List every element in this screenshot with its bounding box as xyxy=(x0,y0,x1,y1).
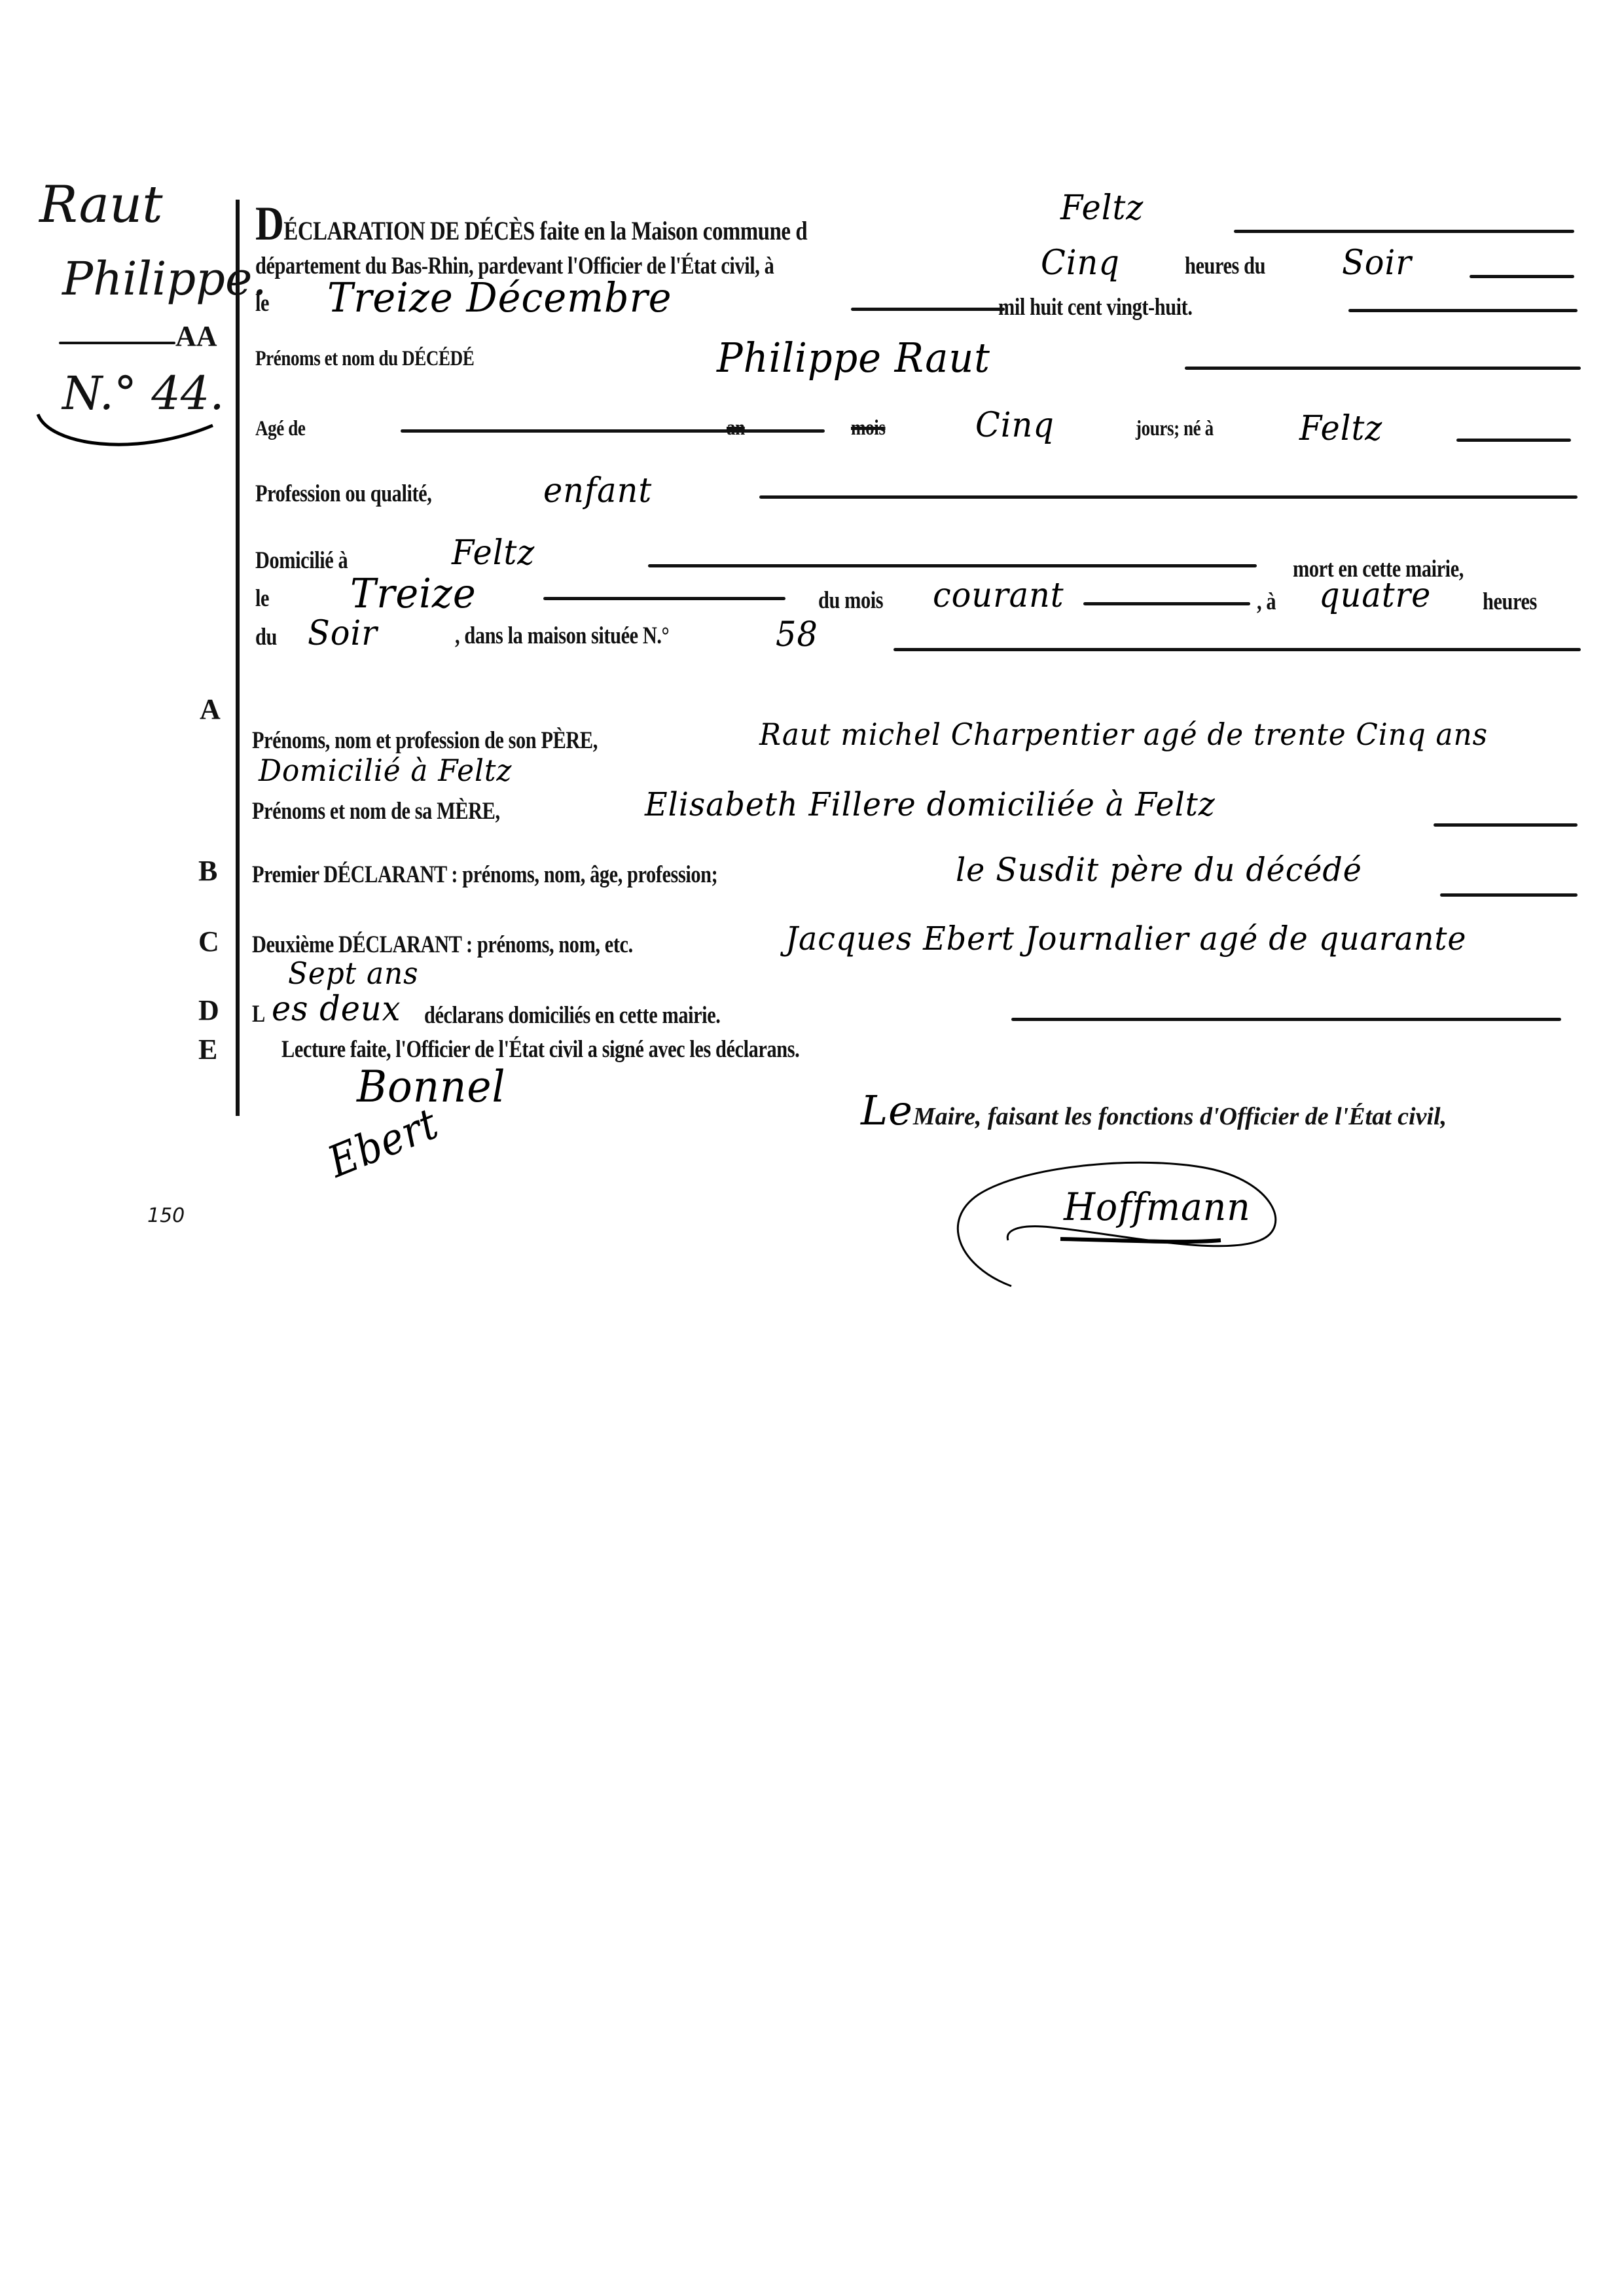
margin-number-bracket xyxy=(36,412,219,465)
month-label: du mois xyxy=(818,586,883,615)
signature-mayor: Hoffmann xyxy=(1064,1185,1251,1229)
domicile-label: Domicilié à xyxy=(255,547,348,575)
mother-value: Elisabeth Fillere domiciliée à Feltz xyxy=(645,785,1216,823)
section-letter-b: B xyxy=(198,854,217,888)
first-declarant-fill-line xyxy=(1440,893,1578,897)
section-letter-d: D xyxy=(198,994,219,1027)
first-declarant-value: le Susdit père du décédé xyxy=(956,851,1362,889)
death-hour-suffix: heures xyxy=(1483,588,1537,616)
year-fill-line xyxy=(1348,309,1578,312)
domicile-value: Feltz xyxy=(452,533,535,573)
margin-code: AA xyxy=(175,319,217,353)
declaration-date: Treize Décembre xyxy=(327,274,672,321)
mayor-statement: LeMaire, faisant les fonctions d'Officie… xyxy=(861,1086,1447,1134)
profession-value: enfant xyxy=(543,471,652,511)
year-text: mil huit cent vingt-huit. xyxy=(998,293,1193,321)
death-day-fill-line xyxy=(543,597,785,600)
margin-surname: Raut xyxy=(39,175,163,234)
title-initial: D xyxy=(255,197,283,251)
domicile-statement-suffix: déclarans domiciliés en cette mairie. xyxy=(424,1001,720,1030)
commune-fill-line xyxy=(1234,230,1574,233)
title-suffix: faite en la Maison commune d xyxy=(540,216,808,245)
death-time-of-day-value: Soir xyxy=(308,614,378,653)
age-unit-an: an xyxy=(727,416,745,440)
mayor-text: Maire, faisant les fonctions d'Officier … xyxy=(913,1103,1447,1130)
deceased-name-label: Prénoms et nom du DÉCÉDÉ xyxy=(255,347,474,371)
signature-declarant-1: Bonnel xyxy=(357,1062,505,1112)
margin-divider xyxy=(59,342,175,344)
father-label: Prénoms, nom et profession de son PÈRE, xyxy=(252,726,598,755)
month-value: courant xyxy=(933,576,1064,615)
born-label: jours; né à xyxy=(1136,417,1214,441)
domicile-statement-handwritten: es deux xyxy=(272,990,401,1029)
section-letter-a: A xyxy=(200,692,221,726)
domicile-statement-fill-line xyxy=(1011,1018,1561,1021)
death-time-prefix: du xyxy=(255,623,277,651)
time-fill-line xyxy=(1470,275,1574,278)
death-hour-prefix: , à xyxy=(1257,588,1276,616)
hours-label: heures du xyxy=(1185,252,1265,280)
mother-fill-line xyxy=(1434,823,1578,827)
page-number: 150 xyxy=(147,1204,185,1227)
reading-statement: Lecture faite, l'Officier de l'État civi… xyxy=(281,1035,799,1064)
birthplace-value: Feltz xyxy=(1299,409,1382,448)
age-label: Agé de xyxy=(255,417,305,441)
month-fill-line xyxy=(1083,602,1250,605)
house-fill-line xyxy=(893,648,1581,651)
birthplace-fill-line xyxy=(1456,439,1571,442)
father-value-line2: Domicilié à Feltz xyxy=(259,753,512,788)
form-title: DÉCLARATION DE DÉCÈS faite en la Maison … xyxy=(255,196,807,252)
profession-label: Profession ou qualité, xyxy=(255,480,431,508)
deceased-name: Philippe Raut xyxy=(717,334,990,382)
mayor-initial: Le xyxy=(861,1086,913,1134)
title-main: ÉCLARATION DE DÉCÈS xyxy=(283,216,534,245)
second-declarant-value-line2: Sept ans xyxy=(288,956,418,991)
margin-vertical-rule xyxy=(236,200,240,1116)
second-declarant-label: Deuxième DÉCLARANT : prénoms, nom, etc. xyxy=(252,931,633,959)
commune-value: Feltz xyxy=(1060,188,1144,228)
deceased-name-fill-line xyxy=(1185,367,1581,370)
declaration-hour: Cinq xyxy=(1041,243,1120,283)
age-unit-mois: mois xyxy=(851,416,885,440)
second-declarant-value-line1: Jacques Ebert Journalier agé de quarante xyxy=(785,920,1466,958)
section-letter-e: E xyxy=(198,1033,217,1066)
father-value-line1: Raut michel Charpentier agé de trente Ci… xyxy=(759,717,1488,752)
house-label: , dans la maison située N.° xyxy=(455,622,669,650)
profession-fill-line xyxy=(759,495,1578,499)
age-years-strike-line xyxy=(401,429,825,433)
house-number-value: 58 xyxy=(776,615,818,655)
section-letter-c: C xyxy=(198,925,219,958)
first-declarant-label: Premier DÉCLARANT : prénoms, nom, âge, p… xyxy=(252,861,717,889)
declaration-time-of-day: Soir xyxy=(1342,243,1412,283)
death-day-value: Treize xyxy=(350,569,477,617)
date-prefix: le xyxy=(255,289,269,317)
mother-label: Prénoms et nom de sa MÈRE, xyxy=(252,797,500,825)
death-date-prefix: le xyxy=(255,584,269,613)
death-hour-value: quatre xyxy=(1319,576,1431,615)
domicile-fill-line xyxy=(648,564,1257,567)
date-fill-line xyxy=(851,308,1005,311)
age-days-value: Cinq xyxy=(975,406,1055,445)
domicile-statement-prefix: L xyxy=(252,1000,265,1028)
